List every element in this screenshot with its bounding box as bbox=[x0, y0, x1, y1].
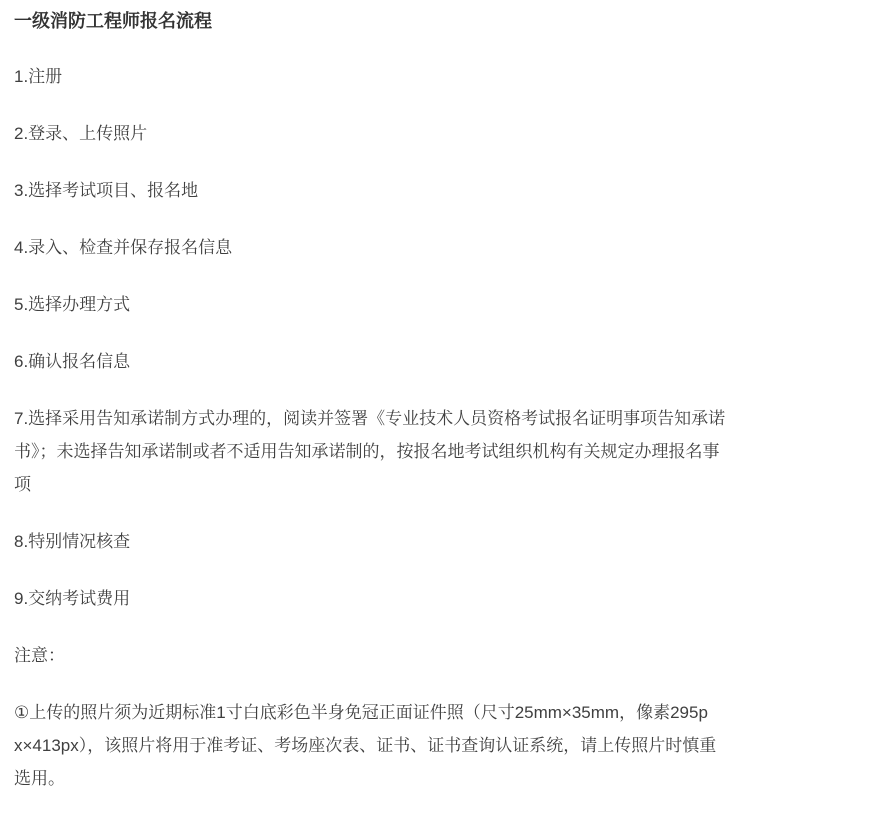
step-item-7: 7.选择采用告知承诺制方式办理的，阅读并签署《专业技术人员资格考试报名证明事项告… bbox=[14, 402, 855, 501]
step-item-9: 9.交纳考试费用 bbox=[14, 582, 855, 615]
step-item-3: 3.选择考试项目、报名地 bbox=[14, 174, 855, 207]
step-item-5: 5.选择办理方式 bbox=[14, 288, 855, 321]
note-paragraph: ①上传的照片须为近期标准1寸白底彩色半身免冠正面证件照（尺寸25mm×35mm，… bbox=[14, 696, 855, 795]
step-item-6: 6.确认报名信息 bbox=[14, 345, 855, 378]
page-title: 一级消防工程师报名流程 bbox=[14, 10, 855, 32]
step-item-8: 8.特别情况核查 bbox=[14, 525, 855, 558]
step-item-2: 2.登录、上传照片 bbox=[14, 117, 855, 150]
note-heading: 注意： bbox=[14, 639, 855, 672]
step-item-1: 1.注册 bbox=[14, 60, 855, 93]
article: 一级消防工程师报名流程 1.注册 2.登录、上传照片 3.选择考试项目、报名地 … bbox=[0, 10, 869, 795]
step-item-4: 4.录入、检查并保存报名信息 bbox=[14, 231, 855, 264]
